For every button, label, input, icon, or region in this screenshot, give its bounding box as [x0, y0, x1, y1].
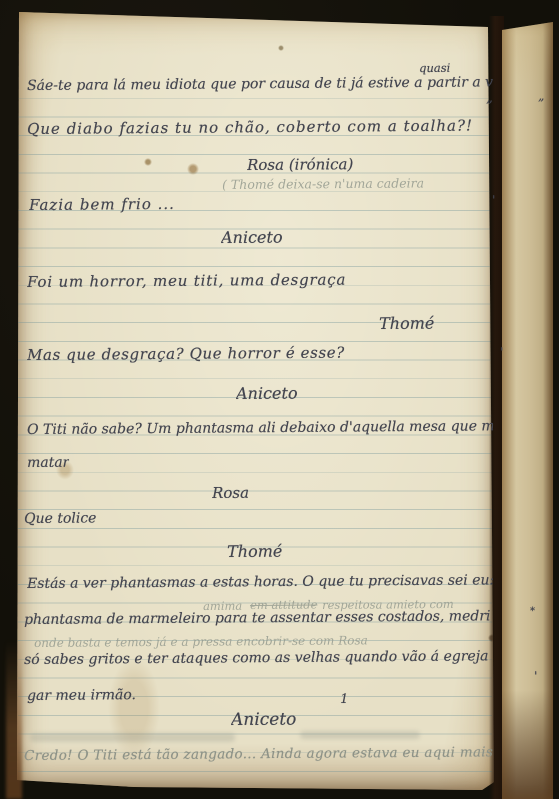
pen-mark: ': [492, 194, 495, 207]
handwritten-line: Aniceto: [221, 229, 283, 247]
photo-background: quasiSáe-te para lá meu idiota que por c…: [0, 0, 559, 799]
handwritten-line: onde basta e temos já e a pressa encobri…: [34, 634, 368, 650]
handwritten-line: Que tolice: [24, 511, 96, 527]
handwritten-line: Rosa (irónica): [247, 156, 353, 173]
handwritten-line: Sáe-te para lá meu idiota que por causa …: [27, 75, 493, 94]
handwritten-line: Thomé: [379, 315, 434, 333]
pen-mark: ': [534, 670, 537, 683]
handwritten-line: Rosa: [212, 485, 249, 502]
erased-pencil-smudge: [300, 731, 420, 739]
handwriting-layer: quasiSáe-te para lá meu idiota que por c…: [0, 0, 559, 799]
handwritten-line: Foi um horror, meu titi, uma desgraça: [27, 271, 346, 290]
handwritten-line: matar: [27, 456, 69, 472]
handwritten-line: Aniceto: [236, 385, 298, 403]
handwritten-line: O Titi não sabe? Um phantasma ali debaix…: [27, 419, 493, 438]
handwritten-line: Thomé: [227, 543, 282, 561]
handwritten-line: quasi: [419, 62, 450, 75]
handwritten-line: em attitude: [250, 598, 317, 611]
erased-pencil-smudge: [30, 733, 235, 742]
handwritten-line: Que diabo fazias tu no chão, coberto com…: [27, 117, 473, 137]
handwritten-line: Estás a ver phantasmas a estas horas. O …: [27, 573, 493, 592]
handwritten-line: Credo! O Titi está tão zangado... Ainda …: [24, 745, 494, 764]
handwritten-line: phantasma de marmeleiro para te assentar…: [24, 609, 490, 628]
handwritten-line: Aniceto: [231, 710, 296, 729]
handwritten-line: Fazia bem frio ...: [29, 196, 175, 214]
pen-mark: ': [500, 346, 503, 359]
pen-mark: *: [530, 606, 535, 617]
handwritten-line: só sabes gritos e ter ataques como as ve…: [24, 649, 490, 668]
handwritten-line: Mas que desgraça? Que horror é esse?: [27, 345, 345, 364]
handwritten-line: gar meu irmão.: [27, 688, 136, 704]
pen-mark: „: [486, 92, 493, 106]
pen-mark: 1: [340, 693, 348, 707]
pen-mark: „: [538, 90, 544, 103]
handwritten-line: ( Thomé deixa-se n'uma cadeira: [222, 176, 424, 191]
